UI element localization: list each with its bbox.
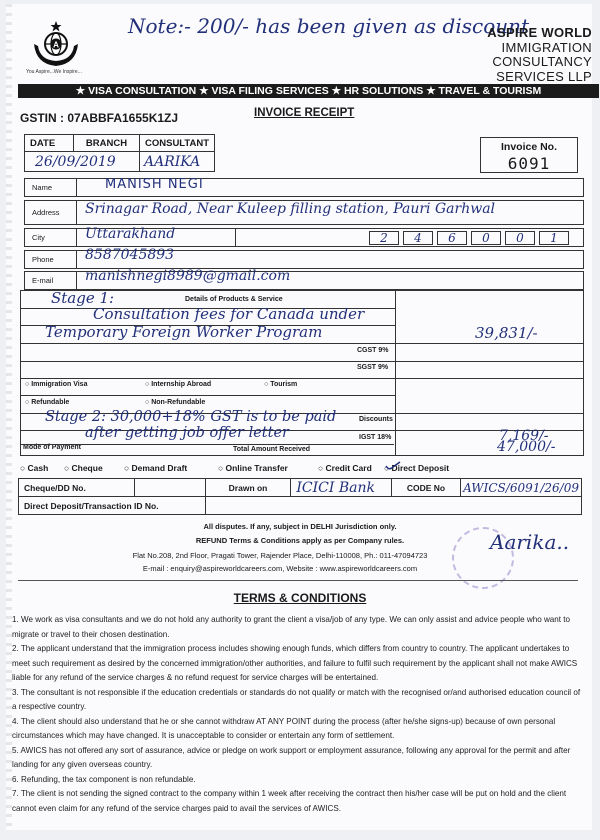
term-item: 1. We work as visa consultants and we do… <box>12 613 582 642</box>
stage2-line1: Stage 2: 30,000+18% GST is to be paid <box>45 409 336 425</box>
cheque-label: Cheque/DD No. <box>19 479 135 497</box>
pincode-digit: 0 <box>505 231 535 245</box>
terms-list: 1. We work as visa consultants and we do… <box>12 613 582 816</box>
stage1-amount: 39,831/- <box>475 324 538 342</box>
pincode-digit: 2 <box>369 231 399 245</box>
date-value: 26/09/2019 <box>25 152 140 172</box>
address-value: Srinagar Road, Near Kuleep filling stati… <box>85 201 495 217</box>
cgst-label: CGST 9% <box>357 347 389 354</box>
code-value: AWICS/6091/26/09 <box>461 479 582 497</box>
stage2-line2: after getting job offer letter <box>85 425 289 441</box>
city-label: City <box>25 229 77 246</box>
discounts-label: Discounts <box>359 416 393 423</box>
invoice-number-box: Invoice No. 6091 <box>480 137 578 173</box>
name-label: Name <box>25 179 77 196</box>
city-row: City Uttarakhand 2 4 6 0 0 1 <box>24 228 584 247</box>
globe-hands-logo-icon: A <box>28 20 84 76</box>
pincode-digit: 1 <box>539 231 569 245</box>
payment-details-table: Cheque/DD No. Drawn on ICICI Bank CODE N… <box>18 478 582 515</box>
email-value: manishnegi8989@gmail.com <box>85 268 290 284</box>
services-banner: ★ VISA CONSULTATION ★ VISA FILING SERVIC… <box>18 84 599 98</box>
payment-credit-card[interactable]: Credit Card <box>318 463 372 473</box>
city-value: Uttarakhand <box>85 226 175 242</box>
company-tagline: You Aspire...We Inspire... <box>26 69 82 75</box>
invoice-number-label: Invoice No. <box>481 141 577 153</box>
pincode-digit: 0 <box>471 231 501 245</box>
mode-of-payment-label: Mode of Payment <box>23 444 81 451</box>
transaction-value <box>205 497 581 515</box>
products-header: Details of Products & Service <box>185 296 283 303</box>
drawn-on-label: Drawn on <box>205 479 291 497</box>
company-name: ASPIRE WORLD IMMIGRATION CONSULTANCY SER… <box>487 26 592 84</box>
option-non-refundable[interactable]: Non-Refundable <box>145 399 205 406</box>
option-tourism[interactable]: Tourism <box>264 381 297 388</box>
sgst-label: SGST 9% <box>357 364 388 371</box>
term-item: 4. The client should also understand tha… <box>12 715 582 744</box>
pincode-digit: 4 <box>403 231 433 245</box>
stage1-line2: Temporary Foreign Worker Program <box>45 323 322 341</box>
consultant-label: CONSULTANT <box>140 135 215 152</box>
email-label: E-mail <box>25 272 77 289</box>
option-immigration-visa[interactable]: Immigration Visa <box>25 381 87 388</box>
term-item: 2. The applicant understand that the imm… <box>12 642 582 686</box>
invoice-number: 6091 <box>481 154 577 173</box>
payment-online-transfer[interactable]: Online Transfer <box>218 463 288 473</box>
option-refundable[interactable]: Refundable <box>25 399 69 406</box>
payment-demand-draft[interactable]: Demand Draft <box>124 463 187 473</box>
cheque-value <box>134 479 205 497</box>
address-label: Address <box>25 201 77 224</box>
drawn-on-value: ICICI Bank <box>291 479 391 497</box>
city-divider <box>235 229 236 246</box>
signature: Aarika.. <box>490 530 569 554</box>
phone-row: Phone 8587045893 <box>24 250 584 269</box>
total-amount-value: 47,000/- <box>497 439 555 455</box>
total-amount-label: Total Amount Received <box>233 446 310 453</box>
stage1-line1: Consultation fees for Canada under <box>93 305 364 323</box>
checkmark-icon <box>385 461 401 471</box>
date-label: DATE <box>25 135 74 152</box>
payment-cheque[interactable]: Cheque <box>64 463 103 473</box>
email-row: E-mail manishnegi8989@gmail.com <box>24 271 584 290</box>
phone-value: 8587045893 <box>85 247 174 263</box>
option-internship-abroad[interactable]: Internship Abroad <box>145 381 211 388</box>
phone-label: Phone <box>25 251 77 268</box>
date-branch-consultant-table: DATE BRANCH CONSULTANT 26/09/2019 AARIKA <box>24 134 215 172</box>
pincode-boxes: 2 4 6 0 0 1 <box>365 231 569 245</box>
term-item: 6. Refunding, the tax component is non r… <box>12 773 582 788</box>
term-item: 5. AWICS has not offered any sort of ass… <box>12 744 582 773</box>
name-value: MANISH NEGI <box>105 177 204 192</box>
payment-cash[interactable]: Cash <box>20 463 48 473</box>
pincode-digit: 6 <box>437 231 467 245</box>
address-row: Address Srinagar Road, Near Kuleep filli… <box>24 200 584 225</box>
consultant-value: AARIKA <box>140 152 215 172</box>
igst-label: IGST 18% <box>359 434 391 441</box>
gstin-number: GSTIN : 07ABBFA1655K1ZJ <box>20 111 178 125</box>
code-label: CODE No <box>391 479 460 497</box>
terms-title: TERMS & CONDITIONS <box>0 591 600 605</box>
svg-text:A: A <box>53 41 59 50</box>
document-title: INVOICE RECEIPT <box>254 107 354 119</box>
handwritten-discount-note: Note:- 200/- has been given as discount <box>128 14 529 38</box>
term-item: 3. The consultant is not responsible if … <box>12 686 582 715</box>
products-services-table: Stage 1: Details of Products & Service C… <box>20 290 584 456</box>
name-row: Name MANISH NEGI <box>24 178 584 197</box>
term-item: 7. The client is not sending the signed … <box>12 787 582 816</box>
transaction-label: Direct Deposit/Transaction ID No. <box>19 497 206 515</box>
branch-label: BRANCH <box>74 135 140 152</box>
